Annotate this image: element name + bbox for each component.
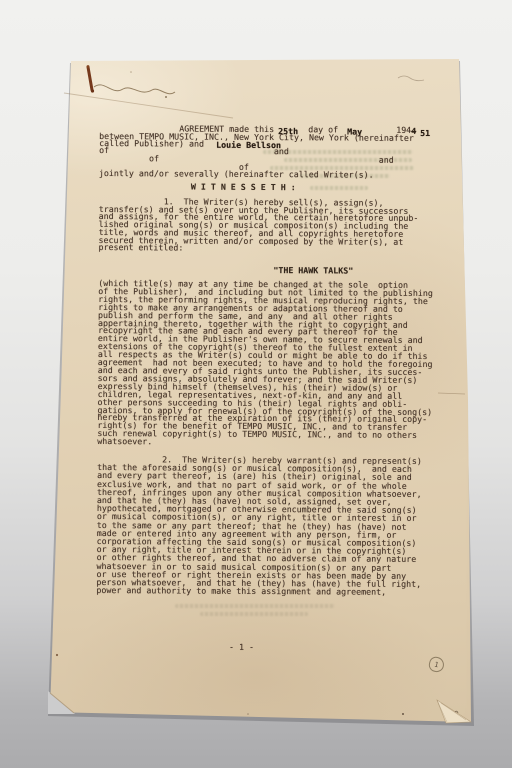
clause-2-paragraph: 2. The Writer(s) hereby warrant(s) and r… [96,455,422,596]
page-number: - 1 - [229,642,254,652]
photo-of-typewritten-agreement: { "photo": { "background_top_color": "#f… [0,0,512,768]
song-title: "THE HAWK TALKS" [273,265,353,275]
document-text-layer: AGREEMENT made this 25th day of May 194 … [95,0,445,768]
clause-1-continued-paragraph: (which title(s) may at any time be chang… [97,280,433,448]
header-jointly-line: jointly and/or severally (hereinafter ca… [99,169,444,180]
clause-1-paragraph: 1. The Writer(s) hereby sell(s), assign(… [98,198,418,254]
witnesseth-heading: W I T N E S S E T H : [191,183,512,194]
